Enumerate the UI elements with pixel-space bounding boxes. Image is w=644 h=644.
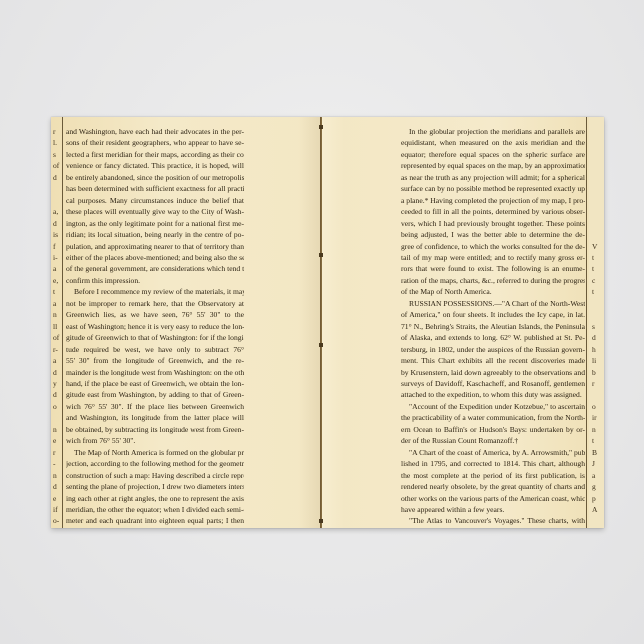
- text-line: sons of their resident geographers, who …: [66, 137, 244, 148]
- text-line: either of the places above-mentioned; an…: [66, 252, 244, 263]
- margin-fragment: d: [53, 481, 59, 492]
- margin-fragment: d: [592, 332, 597, 343]
- margin-fragment: c: [592, 275, 597, 286]
- margin-fragment: [592, 298, 597, 309]
- stitch-mark: [319, 519, 323, 523]
- text-line: lished in 1795, and corrected to 1814. T…: [401, 458, 585, 469]
- text-line: ration of the maps, charts, &c., referre…: [401, 275, 585, 286]
- text-line: found the centres,* from which I describ…: [66, 527, 244, 528]
- margin-fragment: s: [53, 149, 59, 160]
- text-line: gitude east from Washington, by adding t…: [66, 389, 244, 400]
- margin-fragment: c: [592, 527, 597, 528]
- margin-fragment: t: [592, 435, 597, 446]
- text-line: venience or fancy dictated. This practic…: [66, 160, 244, 171]
- margin-fragment: is: [53, 229, 59, 240]
- margin-fragment: if: [53, 504, 59, 515]
- text-line: Greenwich lies, as we have seen, 76° 55'…: [66, 309, 244, 320]
- margin-fragment: t: [592, 286, 597, 297]
- margin-fragment: g: [592, 481, 597, 492]
- margin-fragment: [592, 515, 597, 526]
- margin-fragment: [592, 218, 597, 229]
- text-line: "The Atlas to Vancouver's Voyages." Thes…: [401, 515, 585, 526]
- text-line: be entirely abandoned, since the positio…: [66, 172, 244, 183]
- margin-fragment: [592, 183, 597, 194]
- text-line: wich from 76° 55' 30".: [66, 435, 244, 446]
- text-line: and Washington, have each had their advo…: [66, 126, 244, 137]
- text-line: as near the truth as any projection will…: [401, 172, 585, 183]
- margin-fragment: t: [53, 286, 59, 297]
- text-line: tail of my map were entitled; and to rec…: [401, 252, 585, 263]
- margin-fragment: h: [592, 344, 597, 355]
- margin-fragment: V: [592, 241, 597, 252]
- margin-fragment: [592, 195, 597, 206]
- margin-fragment: o: [592, 401, 597, 412]
- text-line: In the globular projection the meridians…: [401, 126, 585, 137]
- margin-fragment: n: [53, 470, 59, 481]
- text-line: Before I recommence my review of the mat…: [66, 286, 244, 297]
- text-line: other works on the various parts of the …: [401, 493, 585, 504]
- text-line: attached to the expedition, to whom this…: [401, 389, 585, 400]
- text-line: surveys of Davidoff, Kaschacheff, and Ro…: [401, 378, 585, 389]
- margin-fragment: t: [592, 263, 597, 274]
- text-line: tersburg, in 1802, under the auspices of…: [401, 344, 585, 355]
- margin-fragment: e: [53, 435, 59, 446]
- text-line: mainder is the longitude west from Washi…: [66, 367, 244, 378]
- left-page-rule: [62, 117, 63, 528]
- margin-fragment: a: [53, 355, 59, 366]
- margin-fragment: r-: [53, 344, 59, 355]
- right-page-rule: [586, 117, 587, 528]
- margin-fragment: d: [53, 389, 59, 400]
- text-line: 55' 30" from the longitude of Greenwich,…: [66, 355, 244, 366]
- text-line: senting the plane of projection, I drew …: [66, 481, 244, 492]
- margin-fragment: o-: [53, 515, 59, 526]
- text-line: east of Washington; hence it is very eas…: [66, 321, 244, 332]
- margin-fragment: y: [53, 378, 59, 389]
- text-line: wich 76° 55' 30". If the place lies betw…: [66, 401, 244, 412]
- margin-fragment: n: [53, 424, 59, 435]
- margin-fragment: of: [53, 160, 59, 171]
- text-line: construction of such a map: Having descr…: [66, 470, 244, 481]
- left-margin-fragments: rl.sofd a,disfi-ae,tanllofr-adydo ner-nd…: [53, 126, 59, 528]
- margin-fragment: n: [53, 309, 59, 320]
- stitch-mark: [319, 253, 323, 257]
- margin-fragment: d: [53, 218, 59, 229]
- text-line: the most complete at the period of its f…: [401, 470, 585, 481]
- margin-fragment: [53, 412, 59, 423]
- margin-fragment: t: [592, 252, 597, 263]
- fold-shadow-left: [299, 117, 320, 528]
- text-line: be obtained, by subtracting its longitud…: [66, 424, 244, 435]
- margin-fragment: o: [53, 401, 59, 412]
- text-line: meridian, the other the equator; when I …: [66, 504, 244, 515]
- text-line: The Map of North America is formed on th…: [66, 447, 244, 458]
- text-line: rendered nearly obsolete, by the great q…: [401, 481, 585, 492]
- text-line: confirm this impression.: [66, 275, 244, 286]
- text-line: "A Chart of the coast of America, by A. …: [401, 447, 585, 458]
- text-line: being adjusted, I was the better able to…: [401, 229, 585, 240]
- postcard: rl.sofd a,disfi-ae,tanllofr-adydo ner-nd…: [51, 117, 604, 528]
- text-line: hand, if the place be east of Greenwich,…: [66, 378, 244, 389]
- margin-fragment: d: [53, 172, 59, 183]
- text-line: have appeared within a few years.: [401, 504, 585, 515]
- text-line: has been determined with sufficient exac…: [66, 183, 244, 194]
- text-line: equator; therefore equal spaces on the s…: [401, 149, 585, 160]
- margin-fragment: s: [592, 321, 597, 332]
- text-line: pulation, and approximating nearer to th…: [66, 241, 244, 252]
- text-line: jection, according to the following meth…: [66, 458, 244, 469]
- fold-shadow-right: [322, 117, 344, 528]
- text-line: ridian; its local situation, being nearl…: [66, 229, 244, 240]
- margin-fragment: [592, 137, 597, 148]
- text-line: cal purposes. Many circumstances induce …: [66, 195, 244, 206]
- margin-fragment: r: [53, 447, 59, 458]
- text-line: gree of confidence, to which the works c…: [401, 241, 585, 252]
- text-line: "Account of the Expedition under Kotzebu…: [401, 401, 585, 412]
- margin-fragment: [592, 206, 597, 217]
- margin-fragment: d: [53, 367, 59, 378]
- text-line: ington, as the only legitimate point for…: [66, 218, 244, 229]
- margin-fragment: of: [53, 332, 59, 343]
- margin-fragment: J: [592, 458, 597, 469]
- margin-fragment: l.: [53, 137, 59, 148]
- margin-fragment: [592, 309, 597, 320]
- margin-fragment: [592, 126, 597, 137]
- text-line: of America," on four sheets. It includes…: [401, 309, 585, 320]
- text-line: by Krusenstern, laid down agreeably to t…: [401, 367, 585, 378]
- margin-fragment: A: [592, 504, 597, 515]
- text-line: represented by equal spaces on the map, …: [401, 160, 585, 171]
- text-line: of the Map of North America.: [401, 286, 585, 297]
- text-line: ern Ocean to Baffin's or Hudson's Bays: …: [401, 424, 585, 435]
- text-line: lected a first meridian for their maps, …: [66, 149, 244, 160]
- margin-fragment: [53, 183, 59, 194]
- margin-fragment: n: [592, 424, 597, 435]
- margin-fragment: li: [592, 355, 597, 366]
- text-line: the practicability of a water communicat…: [401, 412, 585, 423]
- left-page-text: and Washington, have each had their advo…: [66, 126, 244, 528]
- margin-fragment: b: [592, 367, 597, 378]
- text-line: ing each other at right angles, the one …: [66, 493, 244, 504]
- text-line: der of the Russian Count Romanzoff.†: [401, 435, 585, 446]
- margin-fragment: ir: [592, 412, 597, 423]
- stitch-mark: [319, 125, 323, 129]
- text-line: ment. This Chart exhibits all the recent…: [401, 355, 585, 366]
- text-line: a plane.* Having completed the projectio…: [401, 195, 585, 206]
- margin-fragment: [592, 229, 597, 240]
- text-line: meter and each quadrant into eighteen eq…: [66, 515, 244, 526]
- margin-fragment: e: [53, 493, 59, 504]
- text-line: RUSSIAN POSSESSIONS.—"A Chart of the Nor…: [401, 298, 585, 309]
- text-line: of Alaska, and extends to long. 62° W. p…: [401, 332, 585, 343]
- text-line: of the general government, are considera…: [66, 263, 244, 274]
- text-line: equidistant, when measured on the axis m…: [401, 137, 585, 148]
- margin-fragment: a,: [53, 206, 59, 217]
- text-line: tude required be west, we have only to s…: [66, 344, 244, 355]
- margin-fragment: B: [592, 447, 597, 458]
- text-line: 71° N., Behring's Straits, the Aleutian …: [401, 321, 585, 332]
- text-line: the exception of a few points to be noti…: [401, 527, 585, 528]
- text-line: surface can by no possible method be rep…: [401, 183, 585, 194]
- margin-fragment: a: [53, 298, 59, 309]
- margin-fragment: r: [53, 126, 59, 137]
- text-line: ceeded to fill in all the points, determ…: [401, 206, 585, 217]
- text-line: and Washington, its longitude from the l…: [66, 412, 244, 423]
- margin-fragment: e,: [53, 275, 59, 286]
- text-line: these places will eventually give way to…: [66, 206, 244, 217]
- text-line: gitude of Greenwich to that of Washingto…: [66, 332, 244, 343]
- margin-fragment: f: [53, 241, 59, 252]
- margin-fragment: ll: [53, 321, 59, 332]
- right-margin-fragments: Vttct sdhlibr oirntBJagpA couo: [592, 126, 597, 528]
- text-line: not be improper to remark here, that the…: [66, 298, 244, 309]
- margin-fragment: p: [592, 493, 597, 504]
- margin-fragment: a: [53, 263, 59, 274]
- margin-fragment: [592, 149, 597, 160]
- margin-fragment: [53, 195, 59, 206]
- margin-fragment: i-: [53, 252, 59, 263]
- margin-fragment: a: [592, 470, 597, 481]
- margin-fragment: [592, 172, 597, 183]
- right-page-text: In the globular projection the meridians…: [401, 126, 585, 528]
- text-line: vers, which I had previously brought tog…: [401, 218, 585, 229]
- margin-fragment: r: [592, 378, 597, 389]
- text-line: rors that were found to exist. The follo…: [401, 263, 585, 274]
- margin-fragment: [592, 389, 597, 400]
- margin-fragment: -: [53, 458, 59, 469]
- margin-fragment: d: [53, 527, 59, 528]
- stitch-mark: [319, 343, 323, 347]
- margin-fragment: [592, 160, 597, 171]
